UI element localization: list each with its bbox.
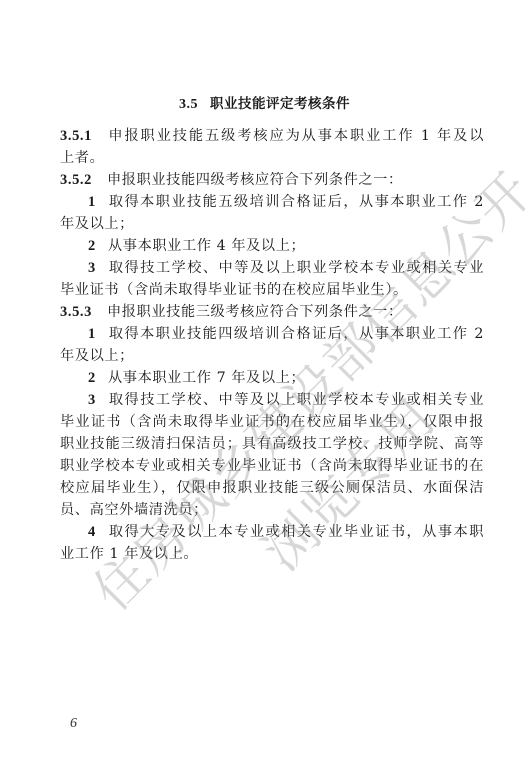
line-text: 职业学校本专业或相关专业毕业证书（含尚未取得毕业证书的在 <box>60 458 484 474</box>
clause-text: 申报职业技能四级考核应符合下列条件之一： <box>107 172 403 188</box>
clause-line: 3.5.3申报职业技能三级考核应符合下列条件之一： <box>60 301 484 323</box>
item-text: 取得本职业技能四级培训合格证后，从事本职业工作 2 <box>108 326 484 342</box>
section-number: 3.5 <box>179 97 198 112</box>
clause-line: 3.5.1申报职业技能五级考核应为从事本职业工作 1 年及以 <box>60 125 484 147</box>
item-number: 1 <box>88 323 108 345</box>
continuation-line: 业工作 1 年及以上。 <box>60 543 484 565</box>
line-text: 校应届毕业生），仅限申报职业技能三级公厕保洁员、水面保洁 <box>60 480 484 496</box>
line-text: 职业技能三级清扫保洁员；具有高级技工学校、技师学院、高等 <box>60 436 484 452</box>
line-text: 毕业证书（含尚未取得毕业证书的在校应届毕业生）。 <box>60 282 408 298</box>
item-number: 3 <box>88 257 108 279</box>
continuation-line: 职业学校本专业或相关专业毕业证书（含尚未取得毕业证书的在 <box>60 455 484 477</box>
item-number: 3 <box>88 389 108 411</box>
clause-number: 3.5.3 <box>60 301 107 323</box>
item-text: 取得技工学校、中等及以上职业学校本专业或相关专业 <box>108 392 484 408</box>
continuation-line: 毕业证书（含尚未取得毕业证书的在校应届毕业生），仅限申报 <box>60 411 484 433</box>
clause-number: 3.5.2 <box>60 169 107 191</box>
item-text: 从事本职业工作 7 年及以上； <box>108 370 305 386</box>
line-text: 员、高空外墙清洗员； <box>60 502 208 518</box>
item-text: 取得技工学校、中等及以上职业学校本专业或相关专业 <box>108 260 484 276</box>
document-page: 3.5职业技能评定考核条件 3.5.1申报职业技能五级考核应为从事本职业工作 1… <box>0 0 529 767</box>
section-title: 职业技能评定考核条件 <box>210 96 350 112</box>
item-line: 3取得技工学校、中等及以上职业学校本专业或相关专业 <box>60 257 484 279</box>
item-line: 2从事本职业工作 4 年及以上； <box>60 235 484 257</box>
item-line: 3取得技工学校、中等及以上职业学校本专业或相关专业 <box>60 389 484 411</box>
line-text: 年及以上； <box>60 348 134 364</box>
item-line: 1取得本职业技能五级培训合格证后，从事本职业工作 2 <box>60 191 484 213</box>
item-number: 2 <box>88 367 108 389</box>
clause-line: 3.5.2申报职业技能四级考核应符合下列条件之一： <box>60 169 484 191</box>
continuation-line: 员、高空外墙清洗员； <box>60 499 484 521</box>
continuation-line: 年及以上； <box>60 213 484 235</box>
clause-number: 3.5.1 <box>60 125 107 147</box>
continuation-line: 上者。 <box>60 147 484 169</box>
line-text: 上者。 <box>60 150 104 166</box>
clause-text: 申报职业技能五级考核应为从事本职业工作 1 年及以 <box>107 128 484 144</box>
item-line: 1取得本职业技能四级培训合格证后，从事本职业工作 2 <box>60 323 484 345</box>
page-number: 6 <box>70 716 77 732</box>
item-number: 1 <box>88 191 108 213</box>
line-text: 毕业证书（含尚未取得毕业证书的在校应届毕业生），仅限申报 <box>60 414 484 430</box>
section-body: 3.5.1申报职业技能五级考核应为从事本职业工作 1 年及以 上者。 3.5.2… <box>60 125 484 565</box>
line-text: 年及以上； <box>60 216 134 232</box>
line-text: 业工作 1 年及以上。 <box>60 546 198 562</box>
continuation-line: 校应届毕业生），仅限申报职业技能三级公厕保洁员、水面保洁 <box>60 477 484 499</box>
item-text: 取得大专及以上本专业或相关专业毕业证书，从事本职 <box>108 524 484 540</box>
clause-text: 申报职业技能三级考核应符合下列条件之一： <box>107 304 403 320</box>
continuation-line: 毕业证书（含尚未取得毕业证书的在校应届毕业生）。 <box>60 279 484 301</box>
section-heading: 3.5职业技能评定考核条件 <box>0 92 529 113</box>
item-line: 4取得大专及以上本专业或相关专业毕业证书，从事本职 <box>60 521 484 543</box>
item-line: 2从事本职业工作 7 年及以上； <box>60 367 484 389</box>
item-text: 取得本职业技能五级培训合格证后，从事本职业工作 2 <box>108 194 484 210</box>
item-text: 从事本职业工作 4 年及以上； <box>108 238 305 254</box>
item-number: 2 <box>88 235 108 257</box>
item-number: 4 <box>88 521 108 543</box>
continuation-line: 年及以上； <box>60 345 484 367</box>
continuation-line: 职业技能三级清扫保洁员；具有高级技工学校、技师学院、高等 <box>60 433 484 455</box>
